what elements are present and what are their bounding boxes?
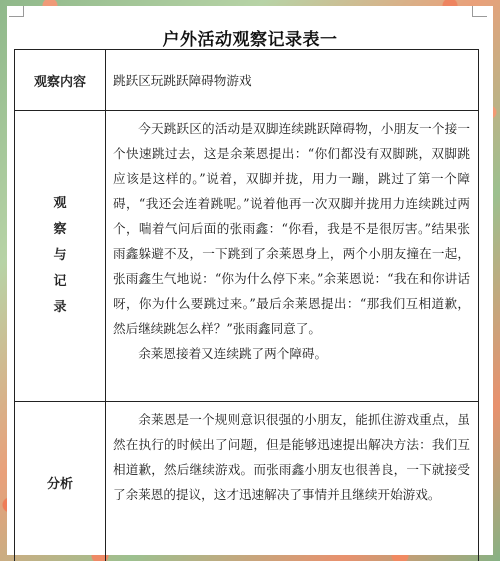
label-observation-topic: 观察内容 bbox=[15, 50, 106, 111]
analysis-paragraph: 余莱恩是一个规则意识很强的小朋友，能抓住游戏重点，虽然在执行的时候出了问题，但是… bbox=[113, 407, 470, 507]
table-row-analysis: 分析 余莱恩是一个规则意识很强的小朋友，能抓住游戏重点，虽然在执行的时候出了问题… bbox=[15, 402, 479, 561]
label-char: 记 bbox=[15, 269, 105, 295]
document-title: 户外活动观察记录表一 bbox=[7, 25, 493, 50]
label-char: 察 bbox=[15, 217, 105, 243]
label-char: 录 bbox=[15, 295, 105, 321]
crop-mark-top-left bbox=[9, 6, 24, 17]
observation-record-table: 观察内容 跳跃区玩跳跃障碍物游戏 观 察 与 记 录 今天跳跃区的活动是双脚连续… bbox=[14, 49, 479, 561]
table-row-observation-topic: 观察内容 跳跃区玩跳跃障碍物游戏 bbox=[15, 50, 479, 111]
label-observation-and-record: 观 察 与 记 录 bbox=[15, 111, 106, 402]
observation-topic-value: 跳跃区玩跳跃障碍物游戏 bbox=[106, 50, 479, 111]
record-paragraph: 余莱恩接着又连续跳了两个障碍。 bbox=[113, 341, 470, 366]
label-analysis: 分析 bbox=[15, 402, 106, 561]
label-char: 与 bbox=[15, 243, 105, 269]
crop-mark-top-right bbox=[472, 6, 487, 17]
analysis-text: 余莱恩是一个规则意识很强的小朋友，能抓住游戏重点，虽然在执行的时候出了问题，但是… bbox=[106, 402, 479, 561]
document-page: 户外活动观察记录表一 观察内容 跳跃区玩跳跃障碍物游戏 观 察 与 记 录 今天… bbox=[7, 6, 493, 555]
observation-record-text: 今天跳跃区的活动是双脚连续跳跃障碍物，小朋友一个接一个快速跳过去，这是余莱恩提出… bbox=[106, 111, 479, 402]
label-char: 观 bbox=[15, 191, 105, 217]
table-row-observation-record: 观 察 与 记 录 今天跳跃区的活动是双脚连续跳跃障碍物，小朋友一个接一个快速跳… bbox=[15, 111, 479, 402]
record-paragraph: 今天跳跃区的活动是双脚连续跳跃障碍物，小朋友一个接一个快速跳过去，这是余莱恩提出… bbox=[113, 116, 470, 341]
